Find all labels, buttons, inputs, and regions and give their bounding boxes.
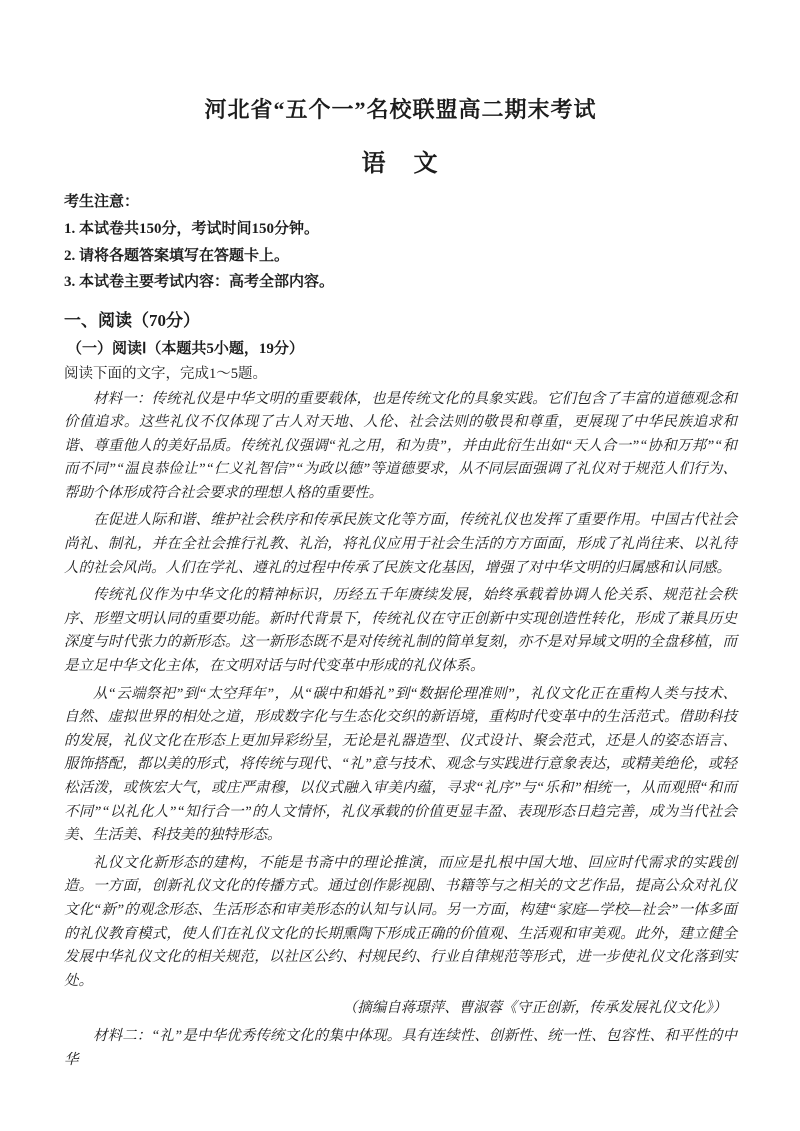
notice-item: 1. 本试卷共150分，考试时间150分钟。 (64, 216, 737, 243)
notice-item: 3. 本试卷主要考试内容：高考全部内容。 (64, 269, 737, 296)
candidate-notice: 考生注意： 1. 本试卷共150分，考试时间150分钟。 2. 请将各题答案填写… (64, 189, 737, 296)
exam-paper-page: 河北省“五个一”名校联盟高二期末考试 语 文 考生注意： 1. 本试卷共150分… (0, 0, 800, 1131)
notice-item: 2. 请将各题答案填写在答题卡上。 (64, 243, 737, 270)
notice-heading: 考生注意： (64, 189, 737, 216)
passage-paragraph: 礼仪文化新形态的建构，不能是书斋中的理论推演，而应是扎根中国大地、回应时代需求的… (64, 852, 737, 994)
passage-paragraph: 传统礼仪作为中华文化的精神标识，历经五千年赓续发展，始终承载着协调人伦关系、规范… (64, 584, 737, 678)
reading-passage: 材料一：传统礼仪是中华文明的重要载体，也是传统文化的具象实践。它们包含了丰富的道… (64, 388, 737, 1073)
section-heading-reading: 一、阅读（70分） (64, 309, 737, 333)
passage-paragraph: 在促进人际和谐、维护社会秩序和传承民族文化等方面，传统礼仪也发挥了重要作用。中国… (64, 509, 737, 580)
subject-title: 语 文 (64, 148, 737, 180)
passage-paragraph-material2: 材料二：“礼”是中华优秀传统文化的集中体现。具有连续性、创新性、统一性、包容性、… (64, 1025, 737, 1072)
page-title: 河北省“五个一”名校联盟高二期末考试 (64, 94, 737, 126)
reading-instruction: 阅读下面的文字，完成1～5题。 (64, 362, 737, 386)
passage-paragraph: 材料一：传统礼仪是中华文明的重要载体，也是传统文化的具象实践。它们包含了丰富的道… (64, 388, 737, 506)
passage-attribution: （摘编自蒋璟萍、曹淑蓉《守正创新，传承发展礼仪文化》） (64, 997, 737, 1021)
subsection-heading-reading-1: （一）阅读Ⅰ（本题共5小题，19分） (64, 337, 737, 361)
passage-paragraph: 从“云端祭祀”到“太空拜年”，从“碳中和婚礼”到“数据伦理准则”，礼仪文化正在重… (64, 683, 737, 848)
